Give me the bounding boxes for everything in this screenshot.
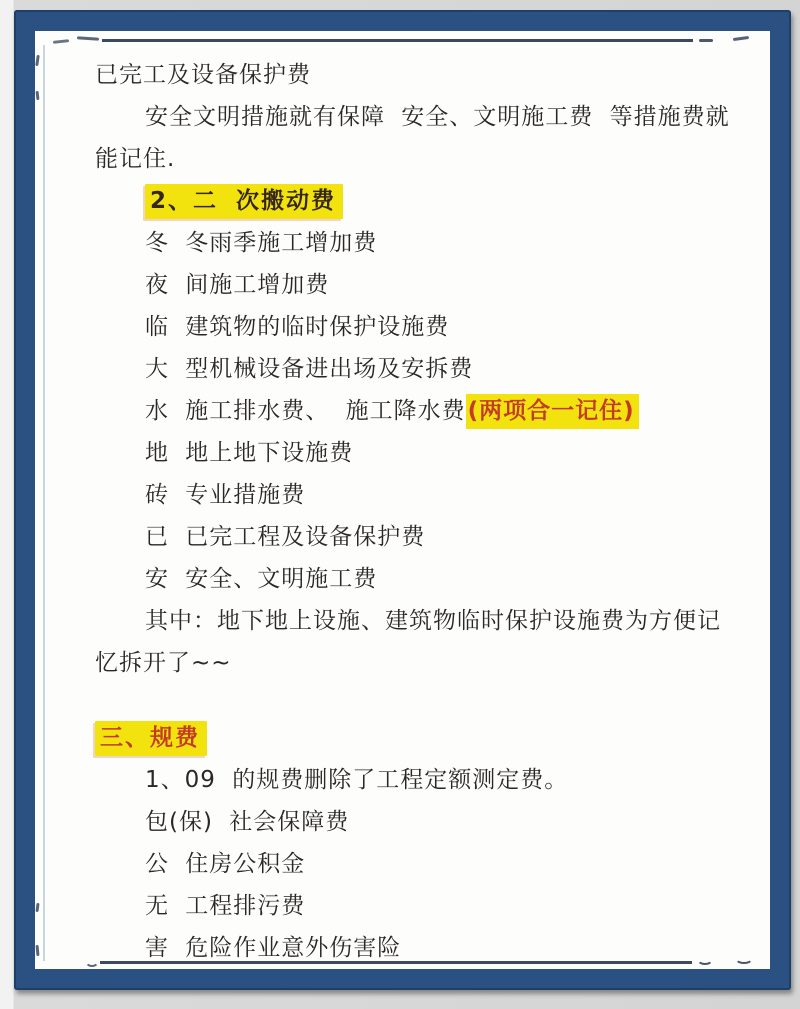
highlighted-heading-text: 2、二 次搬动费 — [145, 184, 343, 219]
line-carryover-protection-fee: 已完工及设备保护费 — [95, 54, 746, 96]
mnemonic-item-dong: 冬 冬雨季施工增加费 — [95, 222, 746, 264]
highlighted-heading-text: 三、规费 — [95, 721, 207, 756]
heading-secondary-move-fee: 2、二 次搬动费 — [95, 180, 746, 222]
line-safety-mnemonic-note: 安全文明措施就有保障 安全、文明施工费 等措施费就 — [95, 96, 746, 138]
screenshot-root: { "colors": { "frame_blue": "#2b5182", "… — [0, 0, 800, 1009]
scan-artifact-mark — [36, 945, 40, 956]
mnemonic-item-di: 地 地上地下设施费 — [95, 432, 746, 474]
mnemonic-item-wu: 无 工程排污费 — [95, 885, 746, 927]
scan-artifact-mark — [35, 903, 39, 912]
mnemonic-item-an: 安 安全、文明施工费 — [95, 558, 746, 600]
scan-artifact-mark — [35, 55, 40, 66]
mnemonic-item-shui: 水 施工排水费、 施工降水费(两项合一记住) — [95, 390, 746, 432]
mnemonic-item-bao: 包(保) 社会保障费 — [95, 801, 746, 843]
mnemonic-item-zhuan: 砖 专业措施费 — [95, 474, 746, 516]
page-frame: 已完工及设备保护费 安全文明措施就有保障 安全、文明施工费 等措施费就 能记住.… — [14, 10, 791, 990]
mnemonic-item-yi: 已 已完工程及设备保护费 — [95, 516, 746, 558]
heading-statutory-fees: 三、规费 — [95, 717, 746, 759]
scan-artifact-dash — [699, 39, 713, 42]
water-fee-highlight-note: (两项合一记住) — [466, 394, 639, 429]
mnemonic-item-ye: 夜 间施工增加费 — [95, 264, 746, 306]
document-content: 已完工及设备保护费 安全文明措施就有保障 安全、文明施工费 等措施费就 能记住.… — [95, 54, 746, 969]
mnemonic-item-lin: 临 建筑物的临时保护设施费 — [95, 306, 746, 348]
mnemonic-item-hai: 害 危险作业意外伤害险 — [95, 927, 746, 969]
scan-artifact-dash — [53, 39, 69, 44]
line-can-remember: 能记住. — [95, 138, 746, 180]
note-split-explanation-line2: 忆拆开了~~ — [95, 642, 746, 684]
section-gap — [95, 684, 746, 717]
line-fees-removed-note: 1、09 的规费删除了工程定额测定费。 — [95, 759, 746, 801]
scan-artifact-dash — [77, 36, 99, 41]
page-left-rule — [43, 45, 45, 961]
page-top-rule — [102, 39, 693, 42]
mnemonic-item-gong: 公 住房公积金 — [95, 843, 746, 885]
water-fee-text: 水 施工排水费、 施工降水费 — [145, 398, 466, 424]
scan-artifact-dash — [733, 36, 749, 41]
document-page: 已完工及设备保护费 安全文明措施就有保障 安全、文明施工费 等措施费就 能记住.… — [35, 31, 770, 969]
scan-artifact-mark — [36, 91, 40, 100]
note-split-explanation-line1: 其中：地下地上设施、建筑物临时保护设施费为方便记 — [95, 600, 746, 642]
mnemonic-item-da: 大 型机械设备进出场及安拆费 — [95, 348, 746, 390]
